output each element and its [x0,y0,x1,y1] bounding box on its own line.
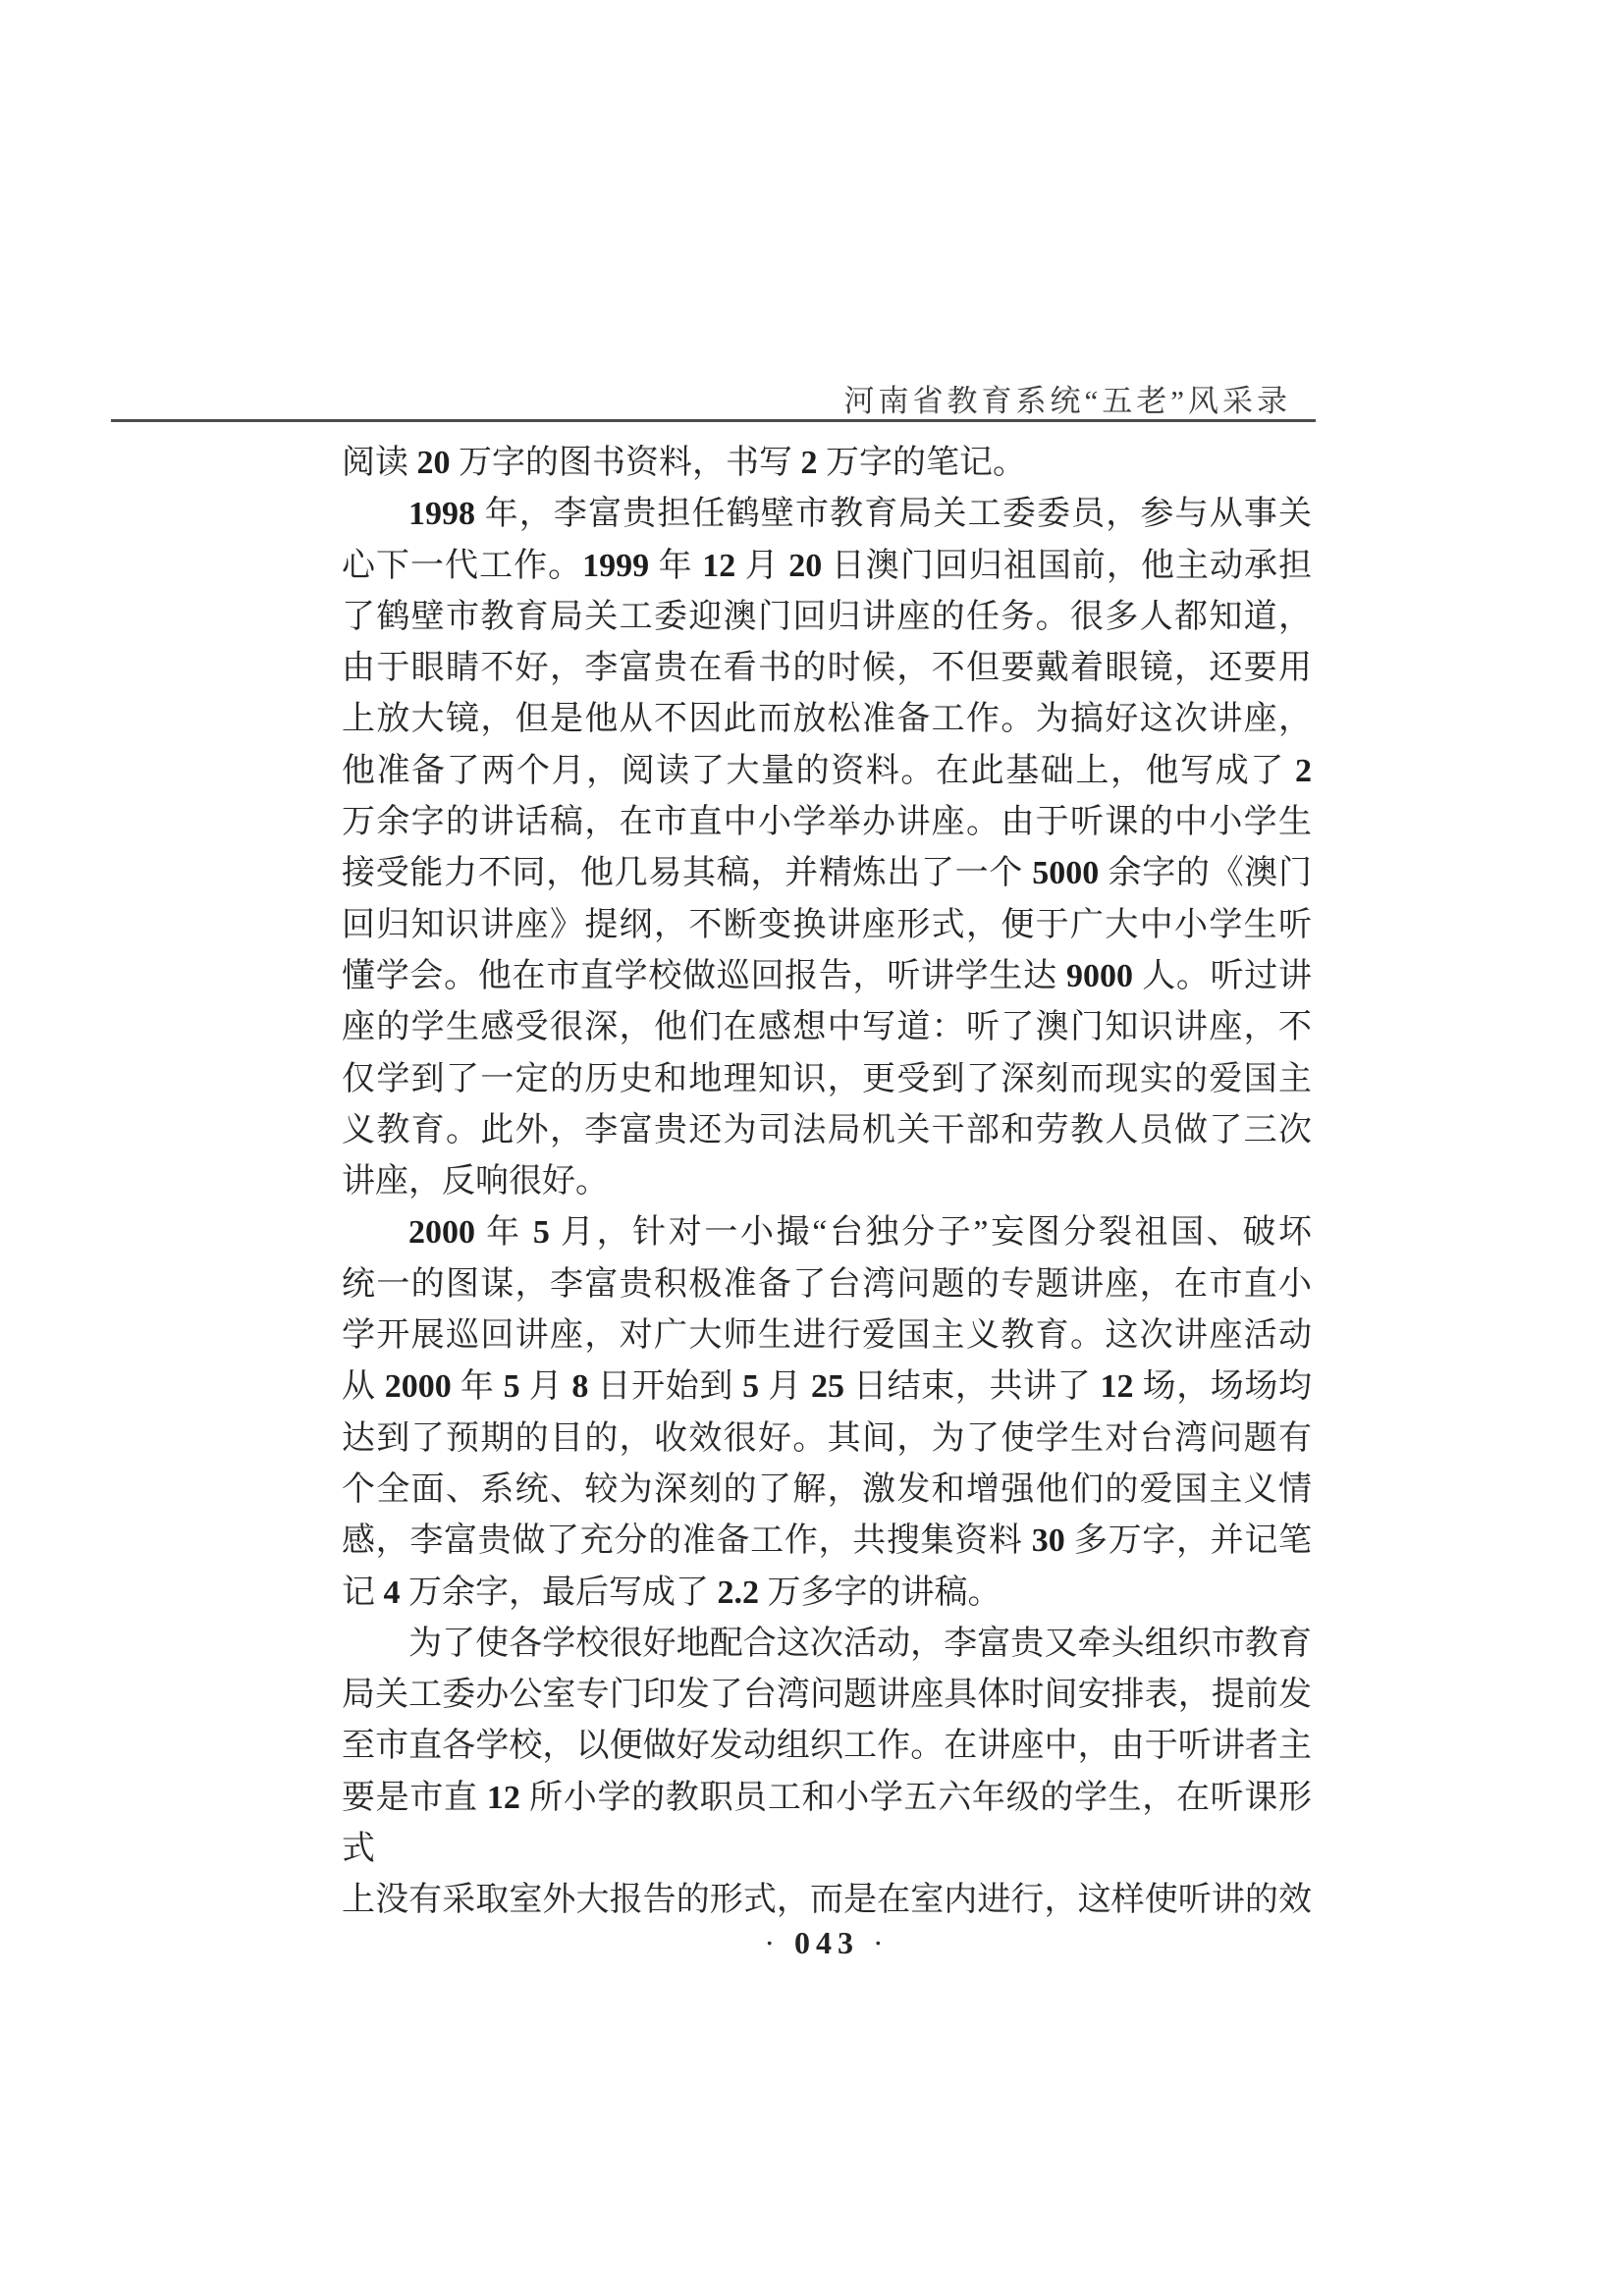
text-line: 他准备了两个月，阅读了大量的资料。在此基础上，他写成了 2 [342,746,1312,797]
text-line: 阅读 20 万字的图书资料，书写 2 万字的笔记。 [342,438,1312,489]
running-header-title: 河南省教育系统“五老”风采录 [843,384,1291,418]
text-line: 2000 年 5 月，针对一小撮“台独分子”妄图分裂祖国、破坏 [342,1207,1312,1258]
book-page: 河南省教育系统“五老”风采录 阅读 20 万字的图书资料，书写 2 万字的笔记。… [0,0,1623,2296]
text-line: 懂学会。他在市直学校做巡回报告，听讲学生达 9000 人。听过讲 [342,951,1312,1002]
text-line: 记 4 万余字，最后写成了 2.2 万多字的讲稿。 [342,1568,1312,1619]
text-line: 学开展巡回讲座，对广大师生进行爱国主义教育。这次讲座活动 [342,1310,1312,1362]
text-line: 仅学到了一定的历史和地理知识，更受到了深刻而现实的爱国主 [342,1054,1312,1105]
text-line: 从 2000 年 5 月 8 日开始到 5 月 25 日结束，共讲了 12 场，… [342,1362,1312,1413]
text-line: 感，李富贵做了充分的准备工作，共搜集资料 30 多万字，并记笔 [342,1516,1312,1567]
text-line: 个全面、系统、较为深刻的了解，激发和增强他们的爱国主义情 [342,1465,1312,1516]
text-line: 了鹤壁市教育局关工委迎澳门回归讲座的任务。很多人都知道， [342,592,1312,643]
text-line: 为了使各学校很好地配合这次活动，李富贵又牵头组织市教育 [342,1619,1312,1670]
text-line: 万余字的讲话稿，在市直中小学举办讲座。由于听课的中小学生 [342,797,1312,848]
text-line: 讲座，反响很好。 [342,1156,1312,1207]
text-line: 局关工委办公室专门印发了台湾问题讲座具体时间安排表，提前发 [342,1670,1312,1721]
text-line: 至市直各学校，以便做好发动组织工作。在讲座中，由于听讲者主 [342,1721,1312,1772]
running-header: 河南省教育系统“五老”风采录 [111,376,1291,420]
text-line: 由于眼睛不好，李富贵在看书的时候，不但要戴着眼镜，还要用 [342,643,1312,694]
header-rule [111,419,1316,422]
text-line: 义教育。此外，李富贵还为司法局机关干部和劳教人员做了三次 [342,1105,1312,1156]
text-line: 上没有采取室外大报告的形式，而是在室内进行，这样使听讲的效 [342,1875,1312,1926]
text-line: 回归知识讲座》提纲，不断变换讲座形式，便于广大中小学生听 [342,900,1312,951]
text-line: 心下一代工作。1999 年 12 月 20 日澳门回归祖国前，他主动承担 [342,541,1312,592]
text-line: 要是市直 12 所小学的教职员工和小学五六年级的学生，在听课形式 [342,1773,1312,1876]
body-text: 阅读 20 万字的图书资料，书写 2 万字的笔记。1998 年，李富贵担任鹤壁市… [342,438,1312,1927]
page-number: · 043 · [342,1925,1312,1961]
text-line: 接受能力不同，他几易其稿，并精炼出了一个 5000 余字的《澳门 [342,848,1312,899]
text-line: 统一的图谋，李富贵积极准备了台湾问题的专题讲座，在市直小 [342,1259,1312,1310]
text-line: 1998 年，李富贵担任鹤壁市教育局关工委委员，参与从事关 [342,489,1312,540]
text-line: 达到了预期的目的，收效很好。其间，为了使学生对台湾问题有 [342,1414,1312,1465]
text-line: 座的学生感受很深，他们在感想中写道：听了澳门知识讲座，不 [342,1002,1312,1053]
text-line: 上放大镜，但是他从不因此而放松准备工作。为搞好这次讲座， [342,694,1312,745]
